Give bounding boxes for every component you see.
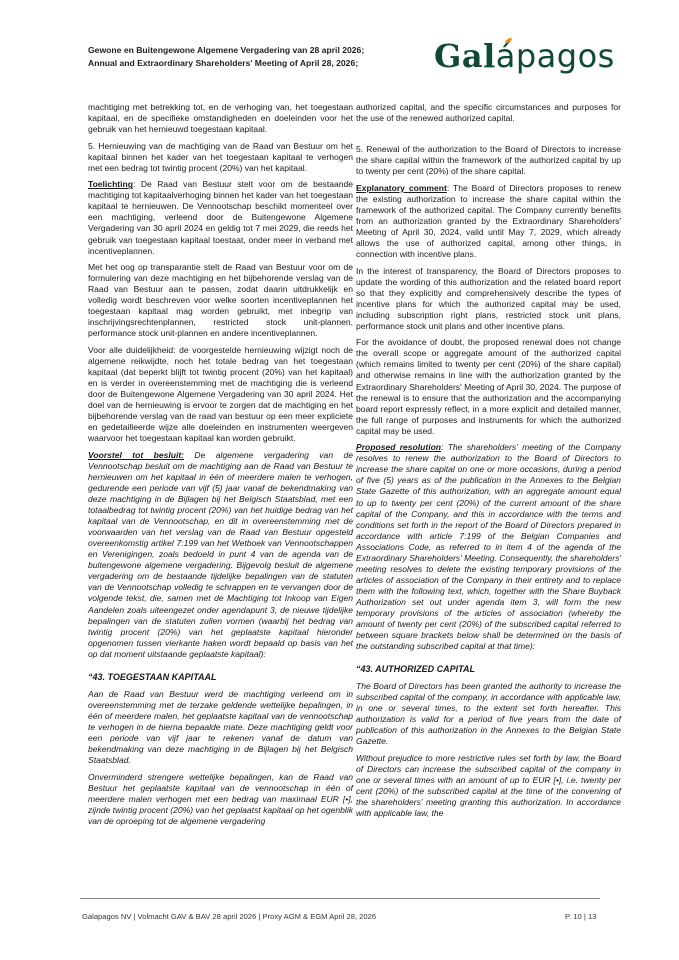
article-paragraph: Without prejudice to more restrictive ru… [356, 753, 621, 819]
agenda-item-5: 5. Renewal of the authorization to the B… [356, 144, 621, 177]
dutch-column: machtiging met betrekking tot, en de ver… [88, 102, 353, 832]
paragraph: In the interest of transparency, the Boa… [356, 266, 621, 332]
paragraph: For the avoidance of doubt, the proposed… [356, 337, 621, 436]
logo-text-part2: pagos [516, 37, 615, 75]
paragraph: Met het oog op transparantie stelt de Ra… [88, 262, 353, 339]
agenda-item-5: 5. Hernieuwing van de machtiging van de … [88, 141, 353, 174]
resolution-text: De algemene vergadering van de Vennootsc… [88, 450, 353, 659]
paragraph: authorized capital, and the specific cir… [356, 102, 621, 124]
document-header-title: Gewone en Buitengewone Algemene Vergader… [88, 44, 408, 69]
explanation-label: Toelichting [88, 179, 133, 189]
article-heading: “43. TOEGESTAAN KAPITAAL [88, 672, 353, 683]
resolution-paragraph: Proposed resolution: The shareholders' m… [356, 442, 621, 652]
header-title-english: Annual and Extraordinary Shareholders' M… [88, 57, 408, 70]
resolution-text: : The shareholders' meeting of the Compa… [356, 442, 621, 651]
logo-accent-letter: á [496, 37, 516, 75]
article-heading: “43. AUTHORIZED CAPITAL [356, 664, 621, 675]
footer-text: Galapagos NV | Volmacht GAV & BAV 28 apr… [82, 912, 376, 921]
explanation-text: : The Board of Directors proposes to ren… [356, 183, 621, 259]
paragraph: machtiging met betrekking tot, en de ver… [88, 102, 353, 135]
resolution-label: Proposed resolution [356, 442, 441, 452]
paragraph: Voor alle duidelijkheid: de voorgestelde… [88, 345, 353, 444]
explanation-paragraph: Toelichting: De Raad van Bestuur stelt v… [88, 179, 353, 256]
article-paragraph: Aan de Raad van Bestuur werd de machtigi… [88, 689, 353, 766]
resolution-label: Voorstel tot besluit: [88, 450, 184, 460]
article-paragraph: Onverminderd strengere wettelijke bepali… [88, 772, 353, 827]
footer-divider [80, 898, 600, 899]
article-paragraph: The Board of Directors has been granted … [356, 681, 621, 747]
header-title-dutch: Gewone en Buitengewone Algemene Vergader… [88, 44, 408, 57]
english-column: authorized capital, and the specific cir… [356, 102, 621, 825]
logo-text-part1: Gal [434, 37, 496, 75]
galapagos-logo: Galápagos [434, 36, 615, 76]
resolution-paragraph: Voorstel tot besluit: De algemene vergad… [88, 450, 353, 660]
page-number: P. 10 | 13 [565, 912, 596, 921]
explanation-paragraph: Explanatory comment: The Board of Direct… [356, 183, 621, 260]
explanation-text: : De Raad van Bestuur stelt voor om de b… [88, 179, 353, 255]
explanation-label: Explanatory comment [356, 183, 447, 193]
